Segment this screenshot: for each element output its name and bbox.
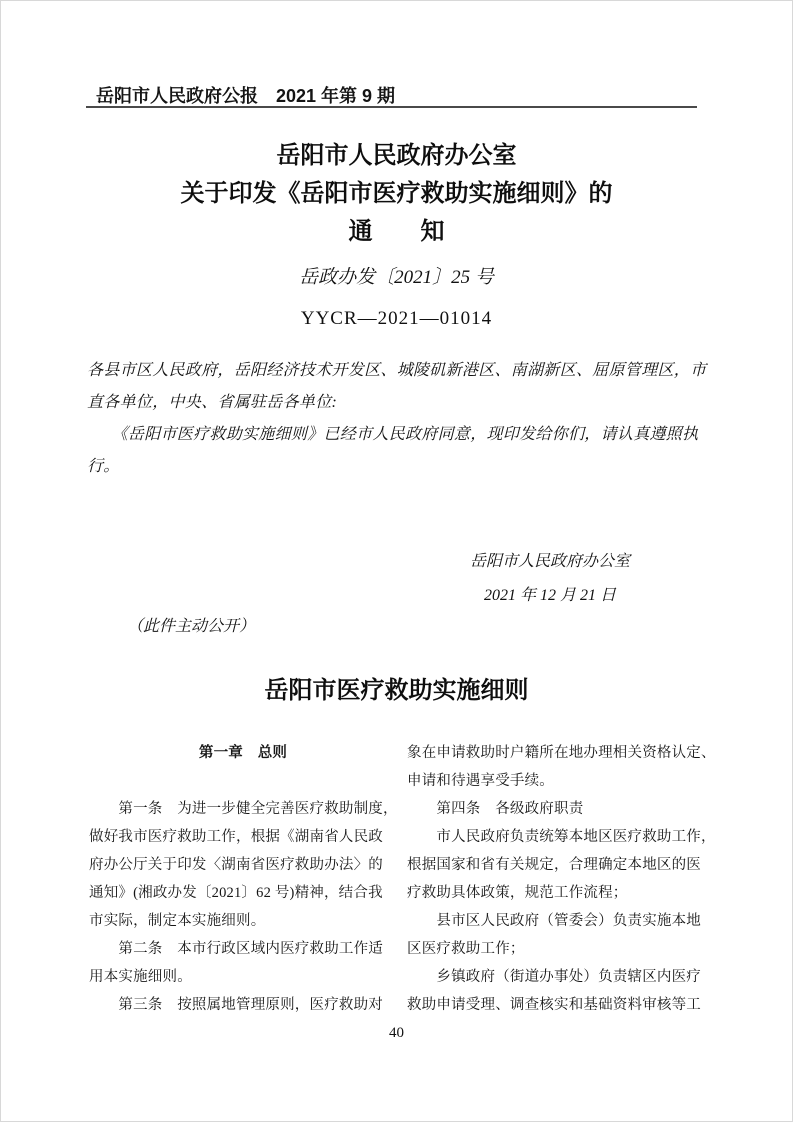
gazette-title: 岳阳市人民政府公报 (96, 86, 258, 106)
notice-body-line: 直各单位，中央、省属驻岳各单位: (87, 387, 715, 419)
text-line: 区医疗救助工作； (407, 935, 715, 963)
text-line: 通知》(湘政办发〔2021〕62 号)精神，结合我 (89, 879, 397, 907)
signature-block: 岳阳市人民政府办公室 2021 年 12 月 21 日 (400, 545, 700, 613)
notice-title-line-3: 通 知 (1, 213, 792, 251)
gazette-header: 岳阳市人民政府公报2021 年第 9 期 (96, 85, 395, 107)
index-number: YYCR—2021—01014 (1, 306, 792, 332)
gazette-page: 岳阳市人民政府公报2021 年第 9 期 岳阳市人民政府办公室 关于印发《岳阳市… (0, 0, 793, 1122)
text-line: 市人民政府负责统筹本地区医疗救助工作， (407, 823, 715, 851)
text-line: 申请和待遇享受手续。 (407, 767, 715, 795)
regulation-title: 岳阳市医疗救助实施细则 (1, 676, 792, 706)
regulation-column-left: 第一章 总则 第一条 为进一步健全完善医疗救助制度， 做好我市医疗救助工作，根据… (89, 739, 397, 1019)
notice-title-line-1: 岳阳市人民政府办公室 (1, 137, 792, 175)
page-number: 40 (1, 1023, 792, 1043)
text-line: 疗救助具体政策，规范工作流程； (407, 879, 715, 907)
text-line: 第一条 为进一步健全完善医疗救助制度， (89, 795, 397, 823)
disclosure-note: （此件主动公开） (127, 615, 255, 639)
notice-body-line: 行。 (87, 451, 715, 483)
text-line: 县市区人民政府（管委会）负责实施本地 (407, 907, 715, 935)
notice-title: 岳阳市人民政府办公室 关于印发《岳阳市医疗救助实施细则》的 通 知 (1, 137, 792, 251)
text-line (89, 767, 397, 795)
notice-body-line: 各县市区人民政府，岳阳经济技术开发区、城陵矶新港区、南湖新区、屈原管理区，市 (87, 355, 715, 387)
gazette-issue: 2021 年第 9 期 (276, 86, 395, 106)
signer: 岳阳市人民政府办公室 (400, 545, 700, 579)
text-line: 第三条 按照属地管理原则，医疗救助对 (89, 991, 397, 1019)
notice-body: 各县市区人民政府，岳阳经济技术开发区、城陵矶新港区、南湖新区、屈原管理区，市 直… (87, 355, 715, 483)
notice-body-line: 《岳阳市医疗救助实施细则》已经市人民政府同意，现印发给你们，请认真遵照执 (87, 419, 715, 451)
text-line: 救助申请受理、调查核实和基础资料审核等工 (407, 991, 715, 1019)
sign-date: 2021 年 12 月 21 日 (400, 579, 700, 613)
text-line: 乡镇政府（街道办事处）负责辖区内医疗 (407, 963, 715, 991)
doc-number: 岳政办发〔2021〕25 号 (1, 265, 792, 291)
text-line: 府办公厅关于印发〈湖南省医疗救助办法〉的 (89, 851, 397, 879)
regulation-column-right: 象在申请救助时户籍所在地办理相关资格认定、 申请和待遇享受手续。 第四条 各级政… (407, 739, 715, 1019)
notice-title-line-2: 关于印发《岳阳市医疗救助实施细则》的 (1, 175, 792, 213)
text-line: 第四条 各级政府职责 (407, 795, 715, 823)
text-line: 第二条 本市行政区域内医疗救助工作适 (89, 935, 397, 963)
text-line: 根据国家和省有关规定，合理确定本地区的医 (407, 851, 715, 879)
text-line: 市实际，制定本实施细则。 (89, 907, 397, 935)
text-line: 象在申请救助时户籍所在地办理相关资格认定、 (407, 739, 715, 767)
text-line: 做好我市医疗救助工作，根据《湖南省人民政 (89, 823, 397, 851)
chapter-heading: 第一章 总则 (89, 739, 397, 767)
text-line: 用本实施细则。 (89, 963, 397, 991)
header-rule (86, 106, 697, 108)
